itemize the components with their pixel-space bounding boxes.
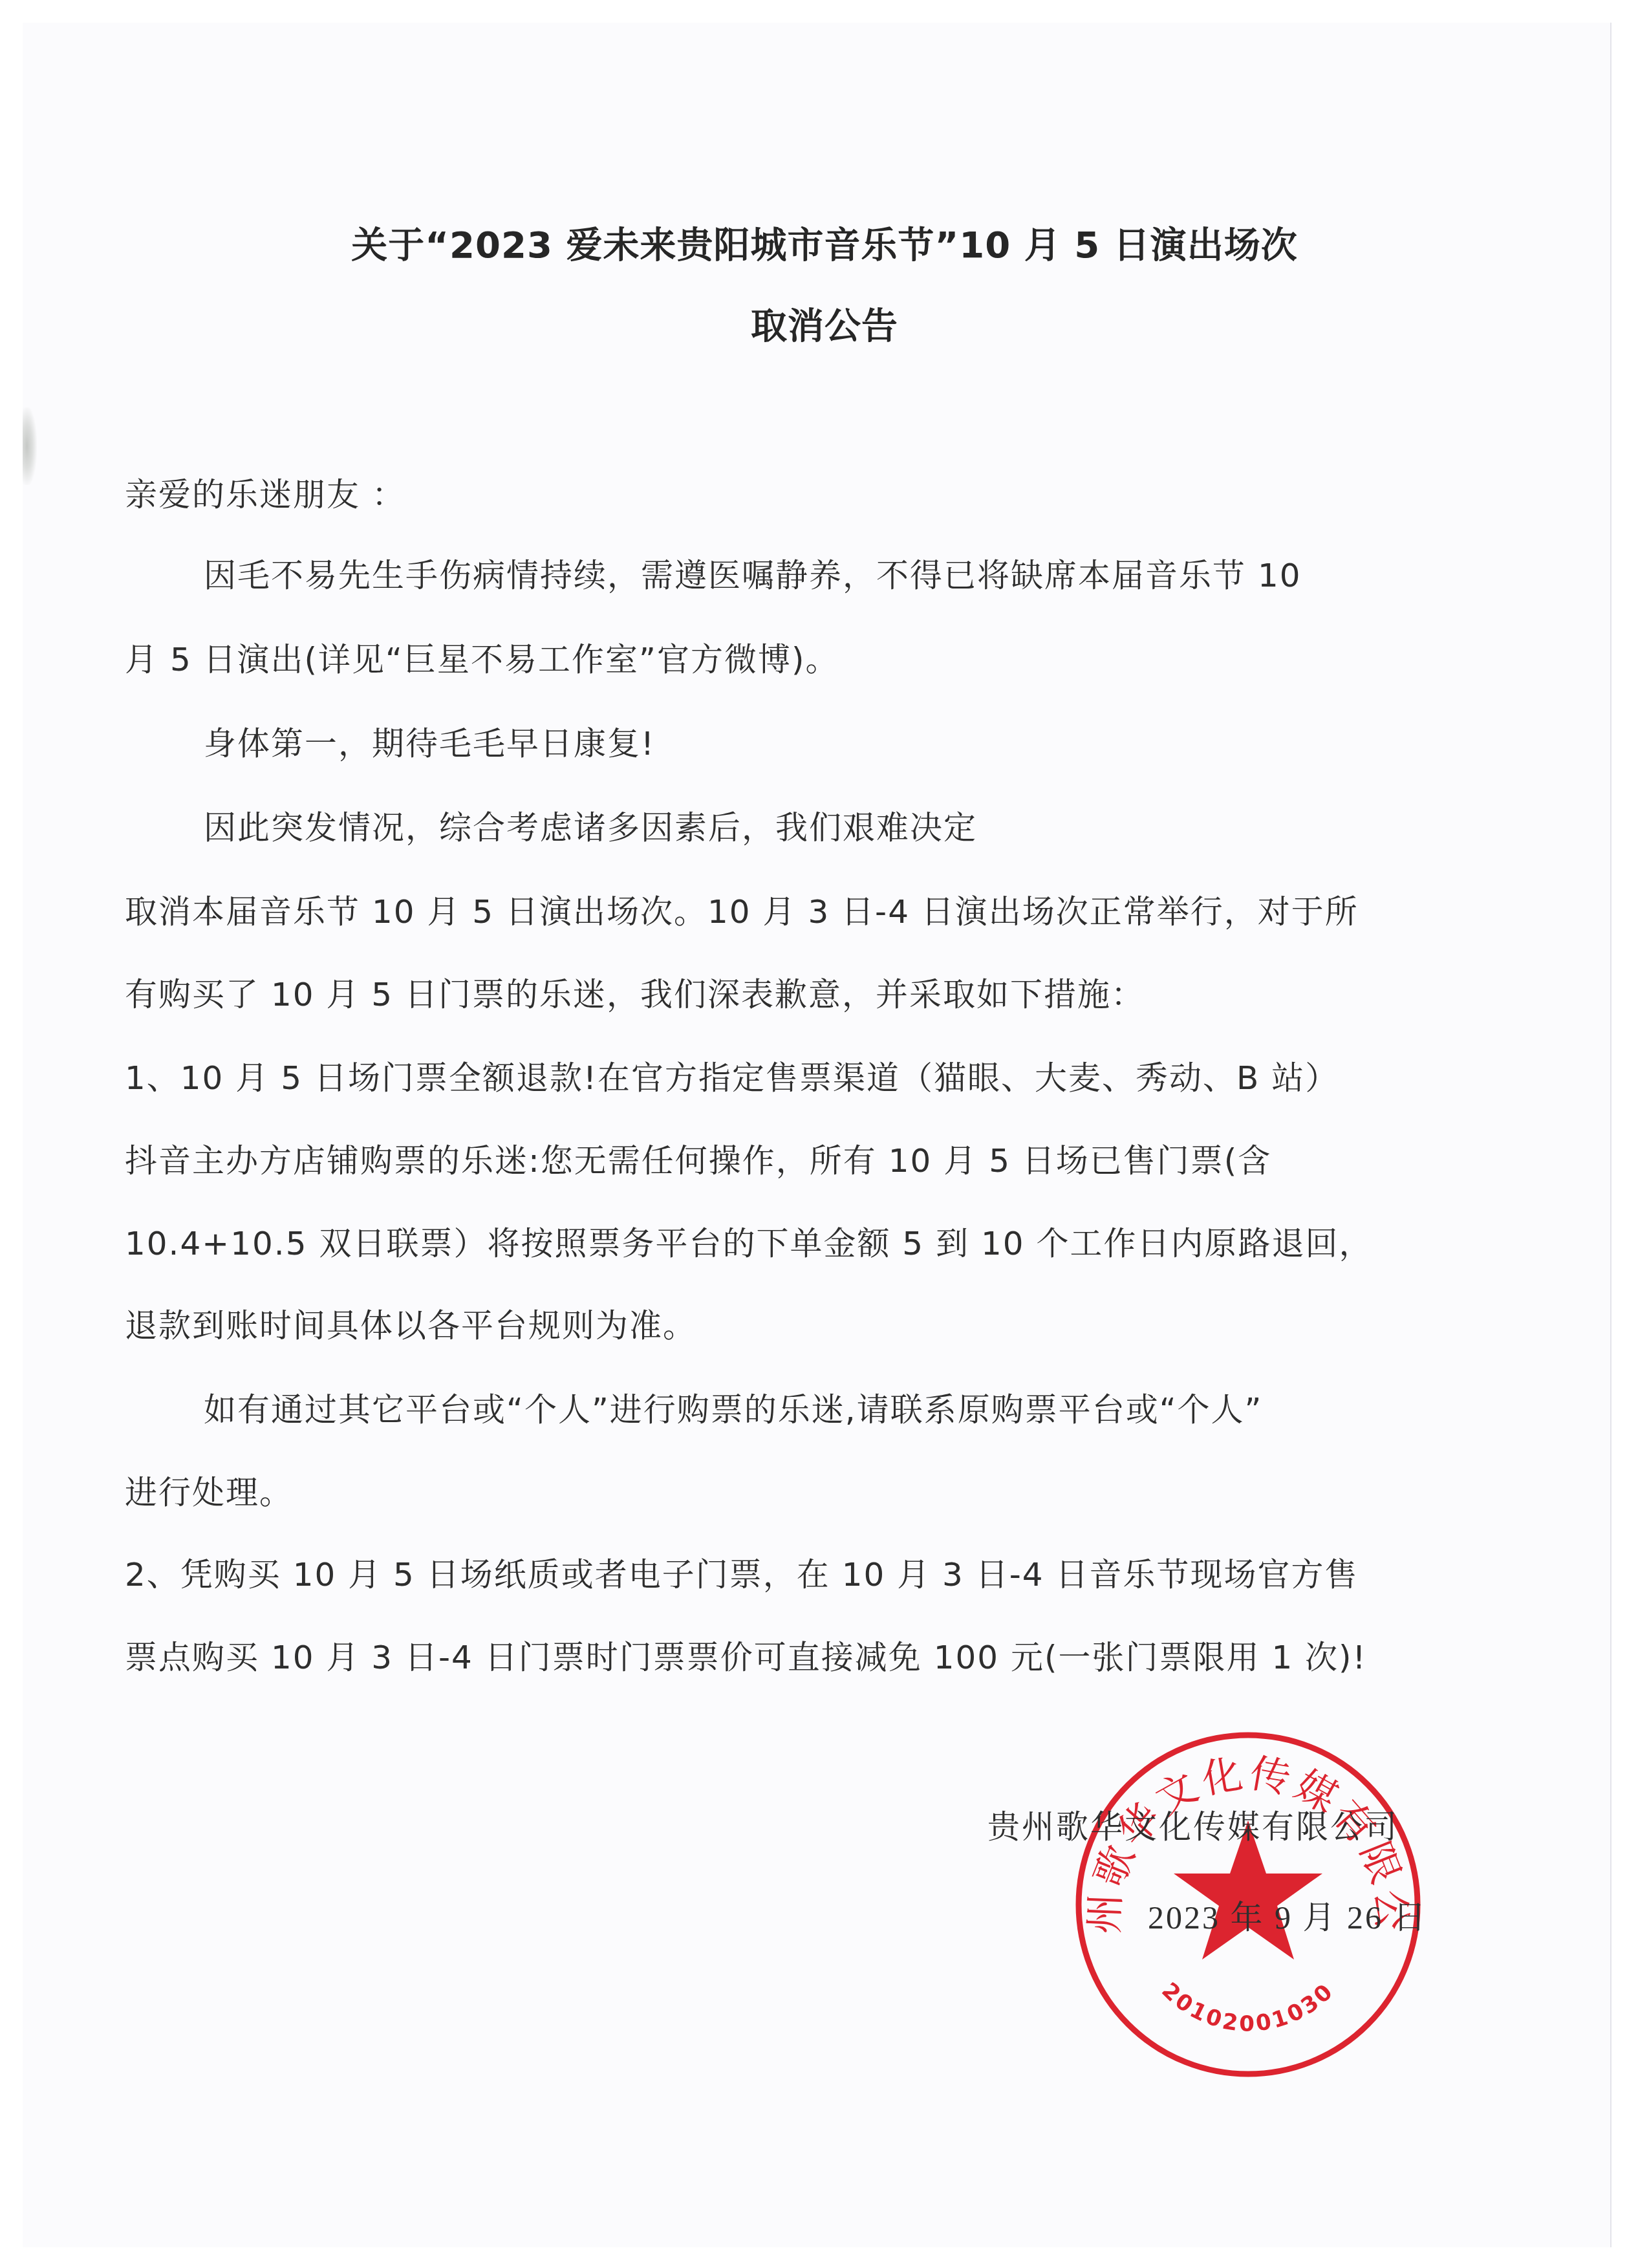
measure-1-line-4: 退款到账时间具体以各平台规则为准。: [125, 1306, 696, 1345]
paragraph-3-line-2: 取消本届音乐节 10 月 5 日演出场次。10 月 3 日-4 日演出场次正常举…: [125, 892, 1359, 931]
measure-2-line-2: 票点购买 10 月 3 日-4 日门票时门票票价可直接减免 100 元(一张门票…: [125, 1638, 1367, 1677]
paragraph-3-line-3: 有购买了 10 月 5 日门票的乐迷，我们深表歉意，并采取如下措施：: [125, 975, 1145, 1014]
salutation: 亲爱的乐迷朋友 ：: [125, 475, 405, 514]
paragraph-4-line-2: 进行处理。: [125, 1473, 293, 1512]
measure-1-line-2: 抖音主办方店铺购票的乐迷:您无需任何操作，所有 10 月 5 日场已售门票(含: [125, 1141, 1271, 1180]
measure-1-line-3: 10.4+10.5 双日联票）将按照票务平台的下单金额 5 到 10 个工作日内…: [125, 1224, 1372, 1263]
document-title-line2: 取消公告: [0, 297, 1649, 349]
paragraph-2: 身体第一，期待毛毛早日康复!: [204, 724, 655, 763]
signature-date: 2023 年 9 月 26 日: [1148, 1898, 1428, 1937]
paragraph-4-line-1: 如有通过其它平台或“个人”进行购票的乐迷,请联系原购票平台或“个人”: [204, 1390, 1263, 1429]
scan-artifact: [23, 407, 37, 485]
document-title-line1: 关于“2023 爱未来贵阳城市音乐节”10 月 5 日演出场次: [0, 217, 1649, 268]
paragraph-3-line-1: 因此突发情况，综合考虑诸多因素后，我们艰难决定: [204, 808, 977, 847]
measure-2-line-1: 2、凭购买 10 月 5 日场纸质或者电子门票，在 10 月 3 日-4 日音乐…: [125, 1555, 1359, 1594]
measure-1-line-1: 1、10 月 5 日场门票全额退款!在官方指定售票渠道（猫眼、大麦、秀动、B 站…: [125, 1059, 1339, 1097]
signature-company: 贵州歌华文化传媒有限公司: [987, 1808, 1399, 1846]
paragraph-1-line-1: 因毛不易先生手伤病情持续，需遵医嘱静养，不得已将缺席本届音乐节 10: [204, 556, 1302, 595]
paragraph-1-line-2: 月 5 日演出(详见“巨星不易工作室”官方微博)。: [125, 640, 839, 679]
